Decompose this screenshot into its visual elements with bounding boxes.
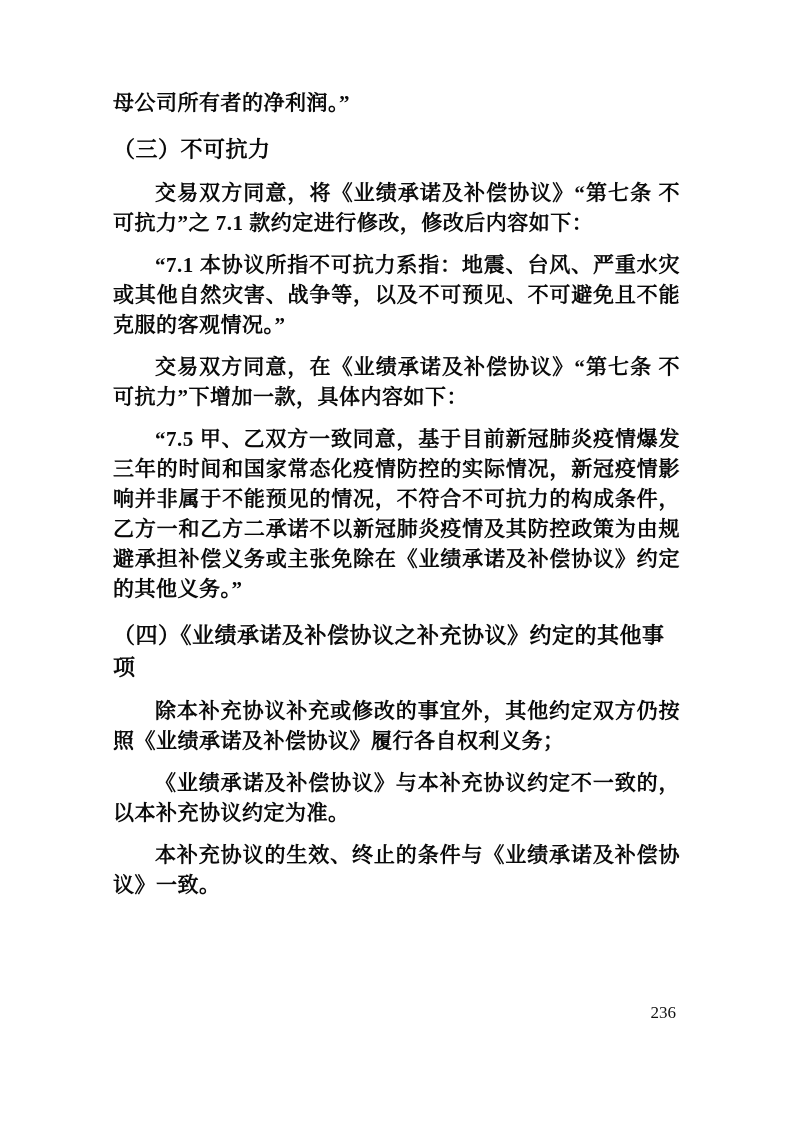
paragraph-clause-7-1: “7.1 本协议所指不可抗力系指：地震、台风、严重水灾或其他自然灾害、战争等，以… [113, 250, 680, 340]
heading-force-majeure: （三）不可抗力 [113, 134, 680, 166]
paragraph-effectiveness: 本补充协议的生效、终止的条件与《业绩承诺及补偿协议》一致。 [113, 840, 680, 900]
page-number: 236 [651, 1003, 677, 1023]
continuation-paragraph: 母公司所有者的净利润。” [113, 88, 680, 118]
paragraph-conflict-rule: 《业绩承诺及补偿协议》与本补充协议约定不一致的，以本补充协议约定为准。 [113, 768, 680, 828]
paragraph-other-terms: 除本补充协议补充或修改的事宜外，其他约定双方仍按照《业绩承诺及补偿协议》履行各自… [113, 696, 680, 756]
document-page: 母公司所有者的净利润。” （三）不可抗力 交易双方同意，将《业绩承诺及补偿协议》… [0, 0, 793, 1122]
paragraph-modify-intro: 交易双方同意，将《业绩承诺及补偿协议》“第七条 不可抗力”之 7.1 款约定进行… [113, 178, 680, 238]
page-content: 母公司所有者的净利润。” （三）不可抗力 交易双方同意，将《业绩承诺及补偿协议》… [113, 88, 680, 912]
heading-other-matters: （四）《业绩承诺及补偿协议之补充协议》约定的其他事项 [113, 620, 680, 684]
paragraph-add-clause-intro: 交易双方同意，在《业绩承诺及补偿协议》“第七条 不可抗力”下增加一款，具体内容如… [113, 352, 680, 412]
paragraph-clause-7-5: “7.5 甲、乙双方一致同意，基于目前新冠肺炎疫情爆发三年的时间和国家常态化疫情… [113, 424, 680, 604]
